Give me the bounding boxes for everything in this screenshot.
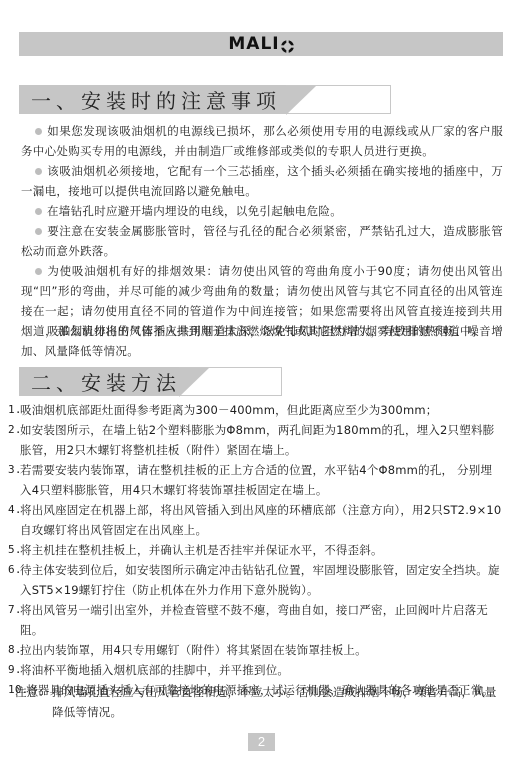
step-number: 3. bbox=[8, 460, 20, 500]
step-item: 8. 拉出内装饰罩，用4只专用螺钉（附件）将其紧固在装饰罩挂板上。 bbox=[8, 640, 503, 660]
step-number: 8. bbox=[8, 640, 20, 660]
precaution-item: 在墙钻孔时应避开墙内埋设的电线，以免引起触电危险。 bbox=[21, 201, 503, 221]
step-item: 3. 若需要安装内装饰罩，请在整机挂板的正上方合适的位置，水平钻4个Φ8mm的孔… bbox=[8, 460, 503, 500]
bullet-icon bbox=[35, 128, 42, 135]
precaution-text: 如果您发现该吸油烟机的电源线已损坏，那么必须使用专用的电源线或从厂家的客户服务中… bbox=[21, 124, 503, 158]
precaution-item: 吸油烟机排出的气体不应排到用于排出燃烧煤气或其它燃料的烟雾使用的热烟道中。 bbox=[21, 321, 503, 341]
precaution-text: 该吸油烟机必须接地，它配有一个三芯插座，这个插头必须插在确实接地的插座中，万一漏… bbox=[21, 164, 503, 198]
installation-note: 注意： 排风墙孔直径应与出风管直径相近，不应太小。否则会造成排烟不畅，噪音升高，… bbox=[15, 682, 505, 722]
step-item: 2. 如安装图所示，在墙上钻2个塑料膨胀为Φ8mm，两孔间距为180mm的孔，埋… bbox=[8, 420, 503, 460]
section-title: 二、安装方法 bbox=[31, 367, 181, 396]
section-header-tail bbox=[179, 367, 282, 396]
step-number: 6. bbox=[8, 560, 20, 600]
section-header-fill: 二、安装方法 bbox=[19, 367, 179, 396]
bullet-icon bbox=[35, 168, 42, 175]
section-header-precautions: 一、安装时的注意事项 bbox=[19, 85, 391, 114]
precaution-item: 为使吸油烟机有好的排烟效果：请勿使出风管的弯曲角度小于90度；请勿使出风管出现“… bbox=[21, 261, 503, 361]
precaution-item: 该吸油烟机必须接地，它配有一个三芯插座，这个插头必须插在确实接地的插座中，万一漏… bbox=[21, 161, 503, 201]
step-text: 将出风座固定在机器上部，将出风管插入到出风座的环槽底部（注意方向），用2只ST2… bbox=[20, 500, 503, 540]
step-text: 将油杯平衡地插入烟机底部的挂脚中，并平推到位。 bbox=[20, 660, 503, 680]
step-number: 5. bbox=[8, 540, 20, 560]
precaution-item: 要注意在安装金属膨胀管时，管径与孔径的配合必须紧密，严禁钻孔过大，造成膨胀管松动… bbox=[21, 221, 503, 261]
precaution-text: 吸油烟机排出的气体不应排到用于排出燃烧煤气或其它燃料的烟雾使用的热烟道中。 bbox=[47, 324, 484, 338]
precaution-text: 在墙钻孔时应避开墙内埋设的电线，以免引起触电危险。 bbox=[47, 204, 342, 218]
note-label: 注意： bbox=[15, 682, 52, 722]
section-title: 一、安装时的注意事项 bbox=[31, 85, 281, 114]
section-header-tail bbox=[286, 85, 391, 114]
slant-decoration bbox=[286, 86, 316, 115]
step-item: 1. 吸油烟机底部距灶面得参考距离为300－400mm，但此距离应至少为300m… bbox=[8, 400, 503, 420]
step-text: 将出风管另一端引出室外，并检查管壁不鼓不瘪，弯曲自如，接口严密，止回阀叶片启落无… bbox=[20, 600, 503, 640]
bullet-icon bbox=[35, 328, 42, 335]
brand-name: MALI bbox=[228, 34, 279, 54]
slant-decoration bbox=[179, 368, 209, 397]
bullet-icon bbox=[35, 208, 42, 215]
step-text: 若需要安装内装饰罩，请在整机挂板的正上方合适的位置，水平钻4个Φ8mm的孔， 分… bbox=[20, 460, 503, 500]
step-number: 9. bbox=[8, 660, 20, 680]
step-number: 2. bbox=[8, 420, 20, 460]
step-text: 将主机挂在整机挂板上，并确认主机是否挂牢并保证水平，不得歪斜。 bbox=[20, 540, 503, 560]
step-number: 7. bbox=[8, 600, 20, 640]
section-header-fill: 一、安装时的注意事项 bbox=[19, 85, 286, 114]
step-text: 待主体安装到位后，如安装图所示确定冲击钻钻孔位置，牢固埋设膨胀管，固定安全挡块。… bbox=[20, 560, 503, 600]
step-text: 拉出内装饰罩，用4只专用螺钉（附件）将其紧固在装饰罩挂板上。 bbox=[20, 640, 503, 660]
step-item: 4. 将出风座固定在机器上部，将出风管插入到出风座的环槽底部（注意方向），用2只… bbox=[8, 500, 503, 540]
brand-header-bar: MALI bbox=[19, 32, 503, 56]
step-number: 1. bbox=[8, 400, 20, 420]
crosshair-o-icon bbox=[281, 38, 294, 51]
precaution-text: 要注意在安装金属膨胀管时，管径与孔径的配合必须紧密，严禁钻孔过大，造成膨胀管松动… bbox=[21, 224, 503, 258]
step-number: 4. bbox=[8, 500, 20, 540]
precaution-text: 为使吸油烟机有好的排烟效果：请勿使出风管的弯曲角度小于90度；请勿使出风管出现“… bbox=[21, 264, 503, 358]
note-text: 排风墙孔直径应与出风管直径相近，不应太小。否则会造成排烟不畅，噪音升高，风量降低… bbox=[52, 682, 505, 722]
step-item: 9. 将油杯平衡地插入烟机底部的挂脚中，并平推到位。 bbox=[8, 660, 503, 680]
section-header-installation: 二、安装方法 bbox=[19, 367, 282, 396]
step-text: 如安装图所示，在墙上钻2个塑料膨胀为Φ8mm，两孔间距为180mm的孔，埋入2只… bbox=[20, 420, 503, 460]
step-item: 7. 将出风管另一端引出室外，并检查管壁不鼓不瘪，弯曲自如，接口严密，止回阀叶片… bbox=[8, 600, 503, 640]
bullet-icon bbox=[35, 268, 42, 275]
page-number: 2 bbox=[248, 733, 275, 751]
brand-logo: MALI bbox=[228, 34, 293, 54]
step-text: 吸油烟机底部距灶面得参考距离为300－400mm，但此距离应至少为300mm； bbox=[20, 400, 503, 420]
installation-steps: 1. 吸油烟机底部距灶面得参考距离为300－400mm，但此距离应至少为300m… bbox=[8, 400, 503, 700]
step-item: 6. 待主体安装到位后，如安装图所示确定冲击钻钻孔位置，牢固埋设膨胀管，固定安全… bbox=[8, 560, 503, 600]
bullet-icon bbox=[35, 228, 42, 235]
step-item: 5. 将主机挂在整机挂板上，并确认主机是否挂牢并保证水平，不得歪斜。 bbox=[8, 540, 503, 560]
precaution-item: 如果您发现该吸油烟机的电源线已损坏，那么必须使用专用的电源线或从厂家的客户服务中… bbox=[21, 121, 503, 161]
